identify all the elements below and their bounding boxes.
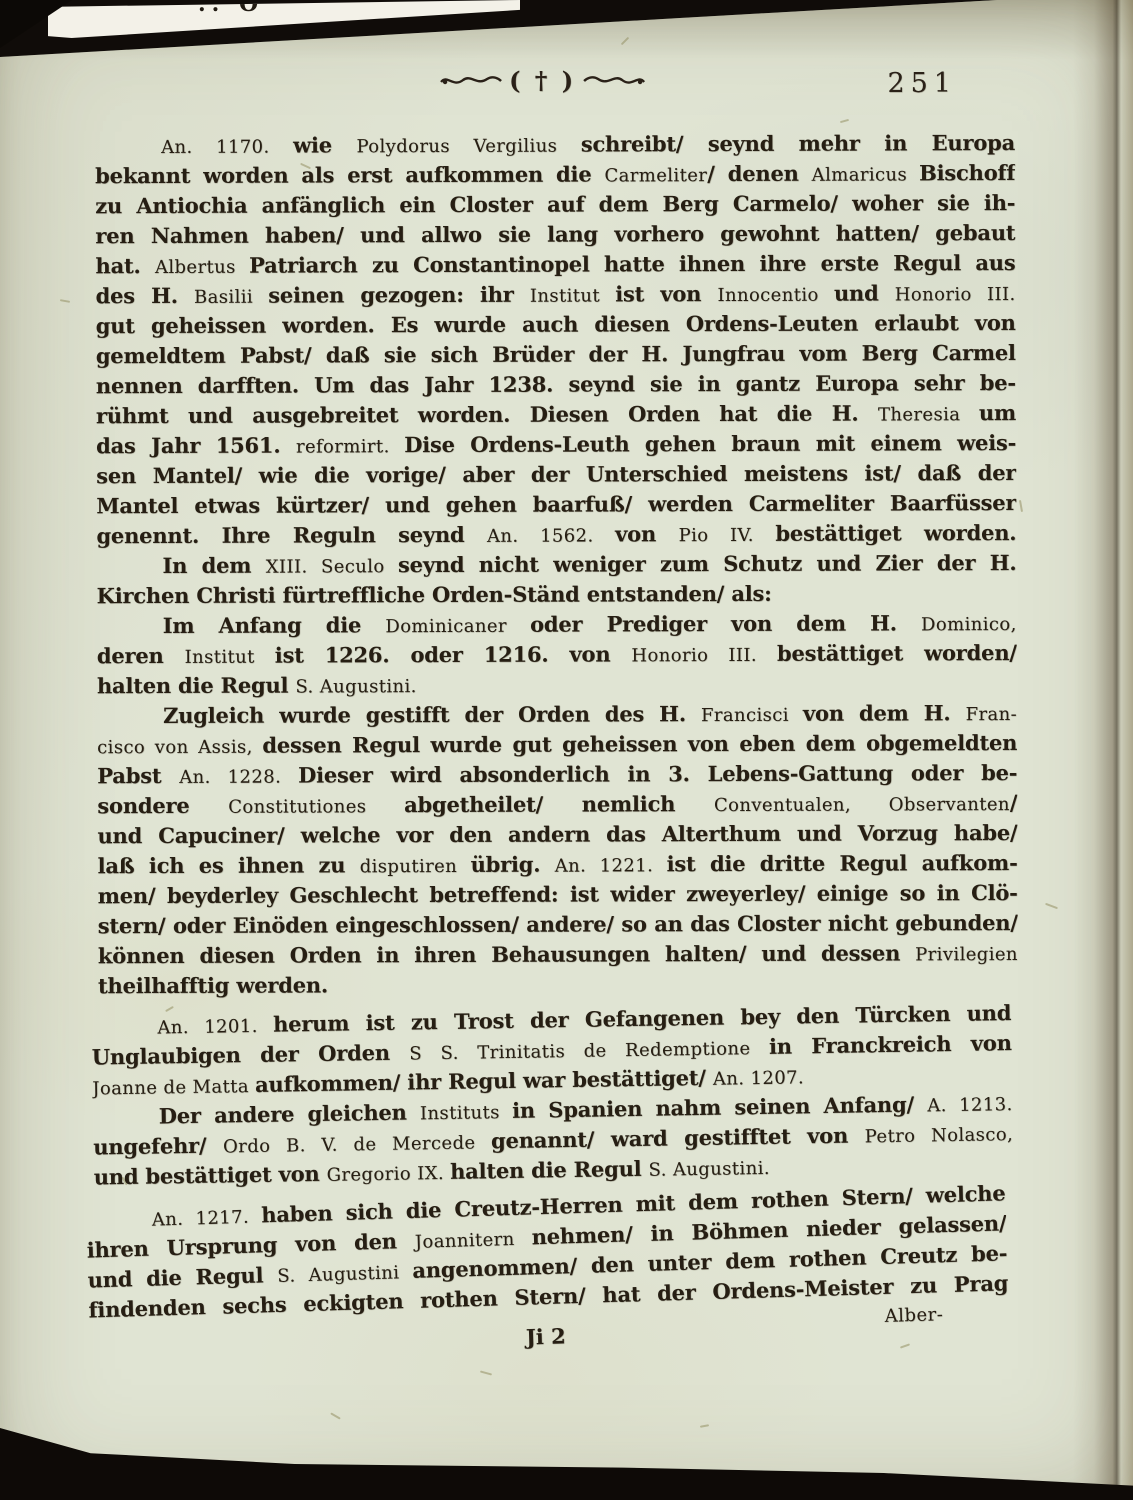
page-header: ( † ) 251	[95, 66, 1015, 110]
text-line: hat. Albertus Patriarch zu Constantinope…	[95, 248, 1015, 281]
text-line: stern/ oder Einöden eingeschlossen/ ande…	[98, 908, 1018, 941]
antiqua-text: Joanne de Matta	[92, 1076, 255, 1100]
antiqua-text: S. Augustini	[277, 1262, 413, 1287]
antiqua-text: Honorio III.	[631, 645, 777, 667]
fraktur-text: Unglaubigen der Orden	[92, 1040, 410, 1070]
antiqua-text: Almaricus	[812, 164, 919, 185]
text-line: Zugleich wurde gestifft der Orden des H.…	[97, 698, 1017, 731]
antiqua-text: Conventualen, Observanten	[714, 794, 1010, 816]
fraktur-text: In dem	[162, 553, 265, 578]
antiqua-text: Theresia	[878, 404, 979, 425]
fraktur-text: des H.	[96, 283, 195, 308]
page-number: 251	[887, 68, 957, 99]
fraktur-text: laß ich es ihnen zu	[98, 852, 360, 878]
text-line: das Jahr 1561. reformirt. Dise Ordens-Le…	[96, 428, 1016, 461]
antiqua-text: S S. Trinitatis de Redemptione	[409, 1038, 769, 1065]
fraktur-text: dessen Regul wurde gut geheissen von ebe…	[262, 730, 1017, 758]
cross-glyph: ( † )	[509, 66, 576, 95]
signature-mark: Ji 2	[525, 1323, 566, 1349]
antiqua-text: An. 1217.	[152, 1206, 262, 1230]
fraktur-text: und die Regul	[87, 1262, 277, 1293]
fraktur-text: Mantel etwas kürtzer/ und gehen baarfuß/…	[96, 490, 1016, 518]
text-group-upper: An. 1170. wie Polydorus Vergilius schrei…	[95, 128, 1018, 1001]
ornament-flourish-left-icon	[439, 70, 503, 92]
fraktur-text: bestättiget worden.	[775, 520, 1016, 546]
fraktur-text: von dem H.	[803, 700, 966, 726]
fraktur-text: in Spanien nahm seinen Anfang/	[512, 1091, 928, 1123]
text-group-middle: An. 1201. herum ist zu Trost der Gefange…	[91, 998, 1014, 1192]
fraktur-text: Patriarch zu Constantinopel hatte ihnen …	[249, 250, 1015, 278]
text-line: gut geheissen worden. Es wurde auch dies…	[96, 308, 1016, 341]
text-line: cisco von Assis, dessen Regul wurde gut …	[97, 728, 1017, 761]
ornament-flourish-right-icon	[582, 70, 646, 92]
fraktur-text: ren Nahmen haben/ und allwo sie lang vor…	[95, 220, 1015, 248]
fraktur-text: oder Prediger von dem H.	[530, 610, 921, 636]
text-line: rühmt und ausgebreitet worden. Diesen Or…	[96, 398, 1016, 431]
text-block: An. 1170. wie Polydorus Vergilius schrei…	[95, 128, 1015, 1344]
antiqua-text: Joannitern	[415, 1228, 532, 1252]
antiqua-text: Albertus	[155, 257, 249, 278]
text-line: können diesen Orden in ihren Behausungen…	[98, 938, 1018, 971]
antiqua-text: An. 1562.	[487, 525, 615, 546]
fraktur-text: rühmt und ausgebreitet worden. Diesen Or…	[96, 400, 878, 428]
antiqua-text: Pio IV.	[679, 525, 776, 546]
fraktur-text: und	[834, 280, 895, 305]
fraktur-text: schreibt/ seynd mehr in Europa	[581, 130, 1015, 157]
fraktur-text: seynd nicht weniger zum Schutz und Zier …	[398, 550, 1017, 577]
antiqua-text: Fran-	[966, 704, 1018, 725]
fraktur-text: übrig.	[471, 852, 555, 877]
fraktur-text: Der andere gleichen	[159, 1099, 421, 1128]
antiqua-text: Dominicaner	[385, 616, 530, 638]
text-line: gemeldtem Pabst/ daß sie sich Brüder der…	[96, 338, 1016, 371]
fraktur-text: von	[615, 521, 678, 546]
fraktur-text: nennen darfften. Um das Jahr 1238. seynd…	[96, 370, 1016, 398]
text-line: sen Mantel/ wie die vorige/ aber der Unt…	[96, 458, 1016, 491]
fraktur-text: das Jahr 1561.	[96, 433, 296, 459]
antiqua-text: cisco von Assis,	[97, 737, 262, 759]
fraktur-text: und bestättiget von	[94, 1161, 327, 1190]
fraktur-text: in Franckreich von	[769, 1030, 1012, 1059]
text-line: Im Anfang die Dominicaner oder Prediger …	[97, 608, 1017, 641]
antiqua-text: An. 1170.	[161, 137, 293, 158]
fraktur-text: ungefehr/	[93, 1132, 223, 1159]
text-line: sondere Constitutiones abgetheilet/ neml…	[97, 788, 1017, 821]
fraktur-text: /	[1010, 790, 1018, 815]
antiqua-text: An. 1228.	[179, 767, 298, 788]
fraktur-text: bekannt worden als erst aufkommen die	[95, 161, 604, 188]
text-line: Pabst An. 1228. Dieser wird absonderlich…	[97, 758, 1017, 791]
fraktur-text: wie	[293, 132, 356, 157]
antiqua-text: Petro Nolasco,	[865, 1124, 1014, 1147]
antiqua-text: S. Augustini.	[295, 676, 416, 697]
text-line: und Capuciner/ welche vor den andern das…	[97, 818, 1017, 851]
fraktur-text: Zugleich wurde gestifft der Orden des H.	[163, 701, 701, 728]
text-line: An. 1170. wie Polydorus Vergilius schrei…	[95, 128, 1015, 161]
antiqua-text: Institut	[185, 647, 275, 668]
fraktur-text: sen Mantel/ wie die vorige/ aber der Unt…	[96, 460, 1016, 488]
text-line: genennt. Ihre Reguln seynd An. 1562. von…	[96, 518, 1016, 551]
fraktur-text: können diesen Orden in ihren Behausungen…	[98, 940, 915, 968]
text-line: halten die Regul S. Augustini.	[97, 668, 1017, 701]
text-line: des H. Basilii seinen gezogen: ihr Insti…	[96, 278, 1016, 311]
printed-content: ( † ) 251 An. 1170. wie Polydorus Vergil…	[0, 0, 1133, 1500]
fraktur-text: abgetheilet/ nemlich	[404, 791, 714, 817]
antiqua-text: Honorio III.	[895, 284, 1016, 305]
fraktur-text: Dise Ordens-Leuth gehen braun mit einem …	[404, 430, 1016, 457]
antiqua-text: Gregorio IX.	[326, 1163, 450, 1186]
antiqua-text: An. 1221.	[555, 855, 667, 876]
fraktur-text: ist 1226. oder 1216. von	[275, 641, 632, 667]
fraktur-text: genennt. Ihre Reguln seynd	[96, 522, 487, 548]
antiqua-text: Polydorus Vergilius	[356, 136, 580, 158]
fraktur-text: Bischoff	[919, 160, 1015, 185]
fraktur-text: und Capuciner/ welche vor den andern das…	[97, 820, 1017, 848]
fraktur-text: / denen	[707, 161, 811, 186]
antiqua-text: reformirt.	[296, 436, 404, 457]
fraktur-text: Im Anfang die	[163, 612, 386, 638]
text-line: men/ beyderley Geschlecht betreffend: is…	[98, 878, 1018, 911]
text-line: In dem XIII. Seculo seynd nicht weniger …	[96, 548, 1016, 581]
fraktur-text: Pabst	[97, 763, 179, 788]
antiqua-text: Francisci	[701, 705, 803, 726]
fraktur-text: genannt/ ward gestifftet von	[491, 1122, 865, 1153]
fraktur-text: men/ beyderley Geschlecht betreffend: is…	[98, 880, 1018, 908]
text-line: ren Nahmen haben/ und allwo sie lang vor…	[95, 218, 1015, 251]
fraktur-text: Dieser wird absonderlich in 3. Lebens-Ga…	[298, 760, 1017, 788]
fraktur-text: halten die Regul	[97, 673, 296, 699]
fraktur-text: seinen gezogen: ihr	[268, 282, 530, 308]
antiqua-text: Constitutiones	[228, 796, 404, 818]
header-ornament: ( † )	[439, 66, 646, 95]
fraktur-text: ist von	[615, 281, 717, 306]
fraktur-text: Kirchen Christi fürtreffliche Orden-Stän…	[97, 581, 772, 608]
fraktur-text: bestättiget worden/	[777, 640, 1017, 666]
text-group-lower: An. 1217. haben sich die Creutz-Herren m…	[85, 1178, 1008, 1325]
text-line: nennen darfften. Um das Jahr 1238. seynd…	[96, 368, 1016, 401]
antiqua-text: S. Augustini.	[648, 1158, 770, 1181]
fraktur-text: deren	[97, 643, 185, 668]
text-line: Kirchen Christi fürtreffliche Orden-Stän…	[97, 578, 1017, 611]
fraktur-text: aufkommen/ ihr Regul war bestättiget/	[255, 1065, 713, 1097]
text-line: zu Antiochia anfänglich ein Closter auf …	[95, 188, 1015, 221]
antiqua-text: Basilii	[194, 287, 268, 308]
fraktur-text: gemeldtem Pabst/ daß sie sich Brüder der…	[96, 340, 1016, 368]
antiqua-text: Instituts	[420, 1102, 512, 1124]
antiqua-text: Dominico,	[921, 614, 1017, 635]
scanned-book-page: .. O ( † ) 251	[0, 0, 1133, 1500]
fraktur-text: zu Antiochia anfänglich ein Closter auf …	[95, 190, 1015, 218]
text-line: bekannt worden als erst aufkommen die Ca…	[95, 158, 1015, 191]
text-line: theilhafftig werden.	[98, 968, 1018, 1001]
fraktur-text: hat.	[95, 253, 155, 278]
catchword: Alber-	[884, 1304, 943, 1327]
antiqua-text: Institut	[530, 285, 615, 306]
antiqua-text: A. 1213.	[927, 1094, 1013, 1116]
text-line: Mantel etwas kürtzer/ und gehen baarfuß/…	[96, 488, 1016, 521]
fraktur-text: gut geheissen worden. Es wurde auch dies…	[96, 310, 1016, 338]
fraktur-text: ist die dritte Regul aufkom-	[667, 850, 1018, 876]
antiqua-text: disputiren	[360, 856, 471, 877]
fraktur-text: theilhafftig werden.	[98, 972, 328, 998]
antiqua-text: XIII. Seculo	[266, 556, 398, 577]
fraktur-text: sondere	[97, 793, 228, 818]
antiqua-text: Carmeliter	[604, 165, 707, 186]
antiqua-text: Ordo B. V. de Mercede	[223, 1132, 491, 1157]
antiqua-text: An. 1207.	[713, 1067, 804, 1089]
antiqua-text: Innocentio	[717, 285, 834, 306]
antiqua-text: Privilegien	[915, 944, 1018, 965]
text-line: deren Institut ist 1226. oder 1216. von …	[97, 638, 1017, 671]
antiqua-text: An. 1201.	[157, 1016, 273, 1039]
fraktur-text: um	[979, 400, 1016, 425]
text-line: laß ich es ihnen zu disputiren übrig. An…	[98, 848, 1018, 881]
fraktur-text: halten die Regul	[450, 1156, 649, 1184]
fraktur-text: stern/ oder Einöden eingeschlossen/ ande…	[98, 910, 1018, 938]
